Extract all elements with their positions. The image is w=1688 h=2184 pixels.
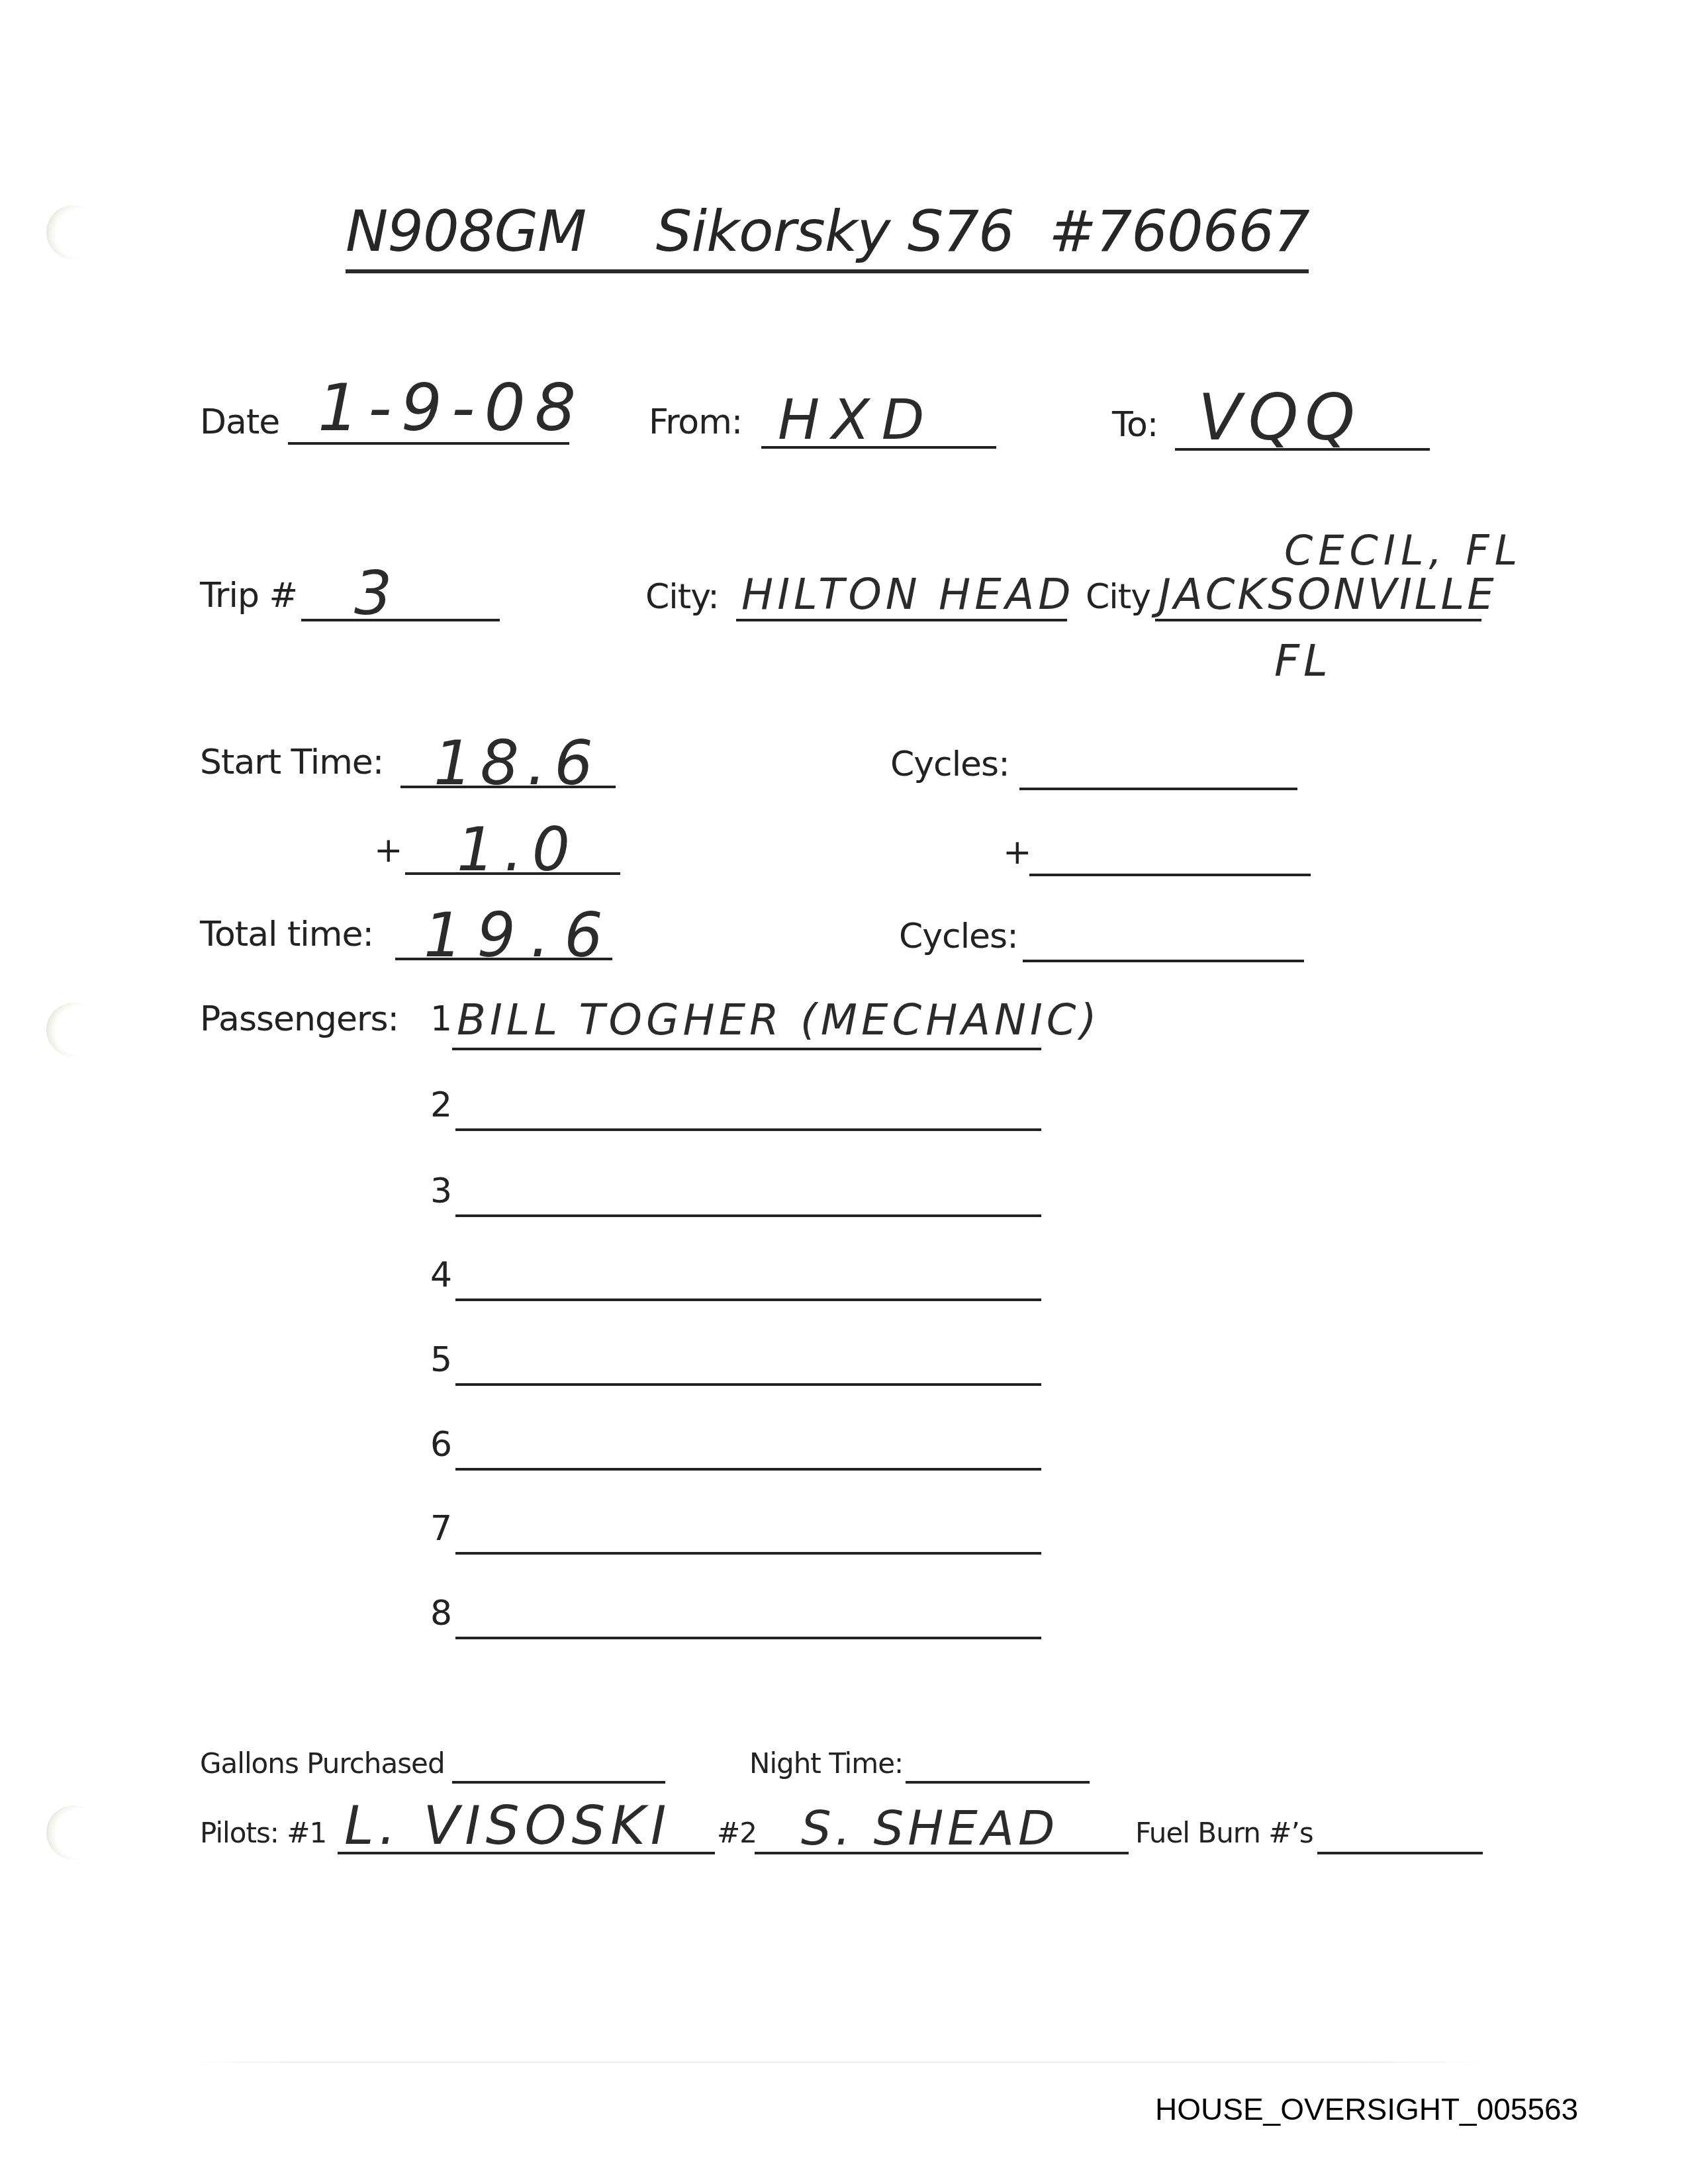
gallons-purchased-label: Gallons Purchased [200, 1747, 445, 1780]
passenger-number: 6 [430, 1425, 451, 1465]
bates-number: HOUSE_OVERSIGHT_005563 [1155, 2091, 1578, 2127]
plus-time-field[interactable]: 1.0 [457, 815, 579, 885]
passenger-field[interactable]: Bill Togher (Mechanic) [457, 996, 1101, 1045]
passenger-number: 2 [430, 1085, 451, 1125]
passenger-field-line [452, 1048, 1041, 1050]
cycles-total-label: Cycles: [899, 917, 1018, 956]
passenger-number: 3 [430, 1171, 451, 1211]
passenger-field-line [455, 1128, 1041, 1131]
from-field[interactable]: HXD [778, 387, 936, 452]
passenger-number: 4 [430, 1255, 451, 1295]
passenger-field-line [455, 1214, 1041, 1217]
origin-city-label: City: [645, 577, 719, 617]
binder-hole-bottom-icon [46, 1805, 101, 1860]
binder-hole-middle-icon [46, 1003, 101, 1057]
passengers-label: Passengers: [200, 999, 399, 1039]
to-field[interactable]: VQQ [1198, 381, 1362, 455]
start-time-field[interactable]: 18.6 [434, 728, 601, 799]
pilot-2-field[interactable]: S. Shead [801, 1800, 1059, 1856]
total-time-label: Total time: [200, 915, 373, 954]
cycles-start-field-line [1019, 788, 1297, 790]
start-time-label: Start Time: [200, 743, 383, 782]
fuel-burn-label: Fuel Burn #’s [1135, 1817, 1313, 1849]
origin-city-field[interactable]: Hilton Head [741, 570, 1075, 619]
date-label: Date [200, 402, 279, 442]
passenger-number: 5 [430, 1340, 451, 1380]
passenger-field-line [455, 1468, 1041, 1471]
dest-city-label: City [1086, 577, 1150, 617]
title-underline [346, 269, 1309, 273]
passenger-number: 8 [430, 1594, 451, 1633]
passenger-field-line [455, 1298, 1041, 1301]
night-time-label: Night Time: [749, 1747, 903, 1780]
trip-number-field-line [301, 619, 500, 621]
plus-label: + [374, 831, 402, 870]
gallons-purchased-field-line [452, 1781, 665, 1784]
passenger-field-line [455, 1552, 1041, 1555]
night-time-field-line [906, 1781, 1090, 1784]
cycles-plus-label: + [1003, 833, 1031, 872]
pilot-2-label: #2 [717, 1817, 757, 1849]
cycles-total-field-line [1023, 960, 1304, 962]
pilot-1-label: Pilots: #1 [200, 1817, 326, 1849]
scan-artifact-divider [185, 2062, 1489, 2063]
passenger-field-line [455, 1637, 1041, 1639]
cycles-plus-field-line [1029, 874, 1311, 876]
cycles-start-label: Cycles: [890, 745, 1009, 784]
passenger-number: 7 [430, 1509, 451, 1549]
from-label: From: [649, 402, 742, 442]
pilot-1-field[interactable]: L. Visoski [344, 1795, 671, 1856]
passenger-number: 1 [430, 999, 451, 1039]
to-label: To: [1112, 405, 1158, 445]
passenger-field-line [455, 1383, 1041, 1386]
date-field[interactable]: 1-9-08 [318, 371, 585, 446]
fuel-burn-field-line [1317, 1852, 1483, 1854]
binder-hole-top-icon [46, 205, 101, 259]
dest-city-field[interactable]: Jacksonville [1158, 570, 1497, 619]
trip-number-field[interactable]: 3 [354, 559, 392, 629]
dest-city-note-below: FL [1274, 635, 1332, 686]
dest-city-note-above: Cecil, FL [1284, 526, 1523, 574]
page-title: N908GM Sikorsky S76 #760667 [346, 199, 1312, 265]
total-time-field[interactable]: 19.6 [424, 900, 618, 971]
trip-number-label: Trip # [200, 576, 297, 615]
